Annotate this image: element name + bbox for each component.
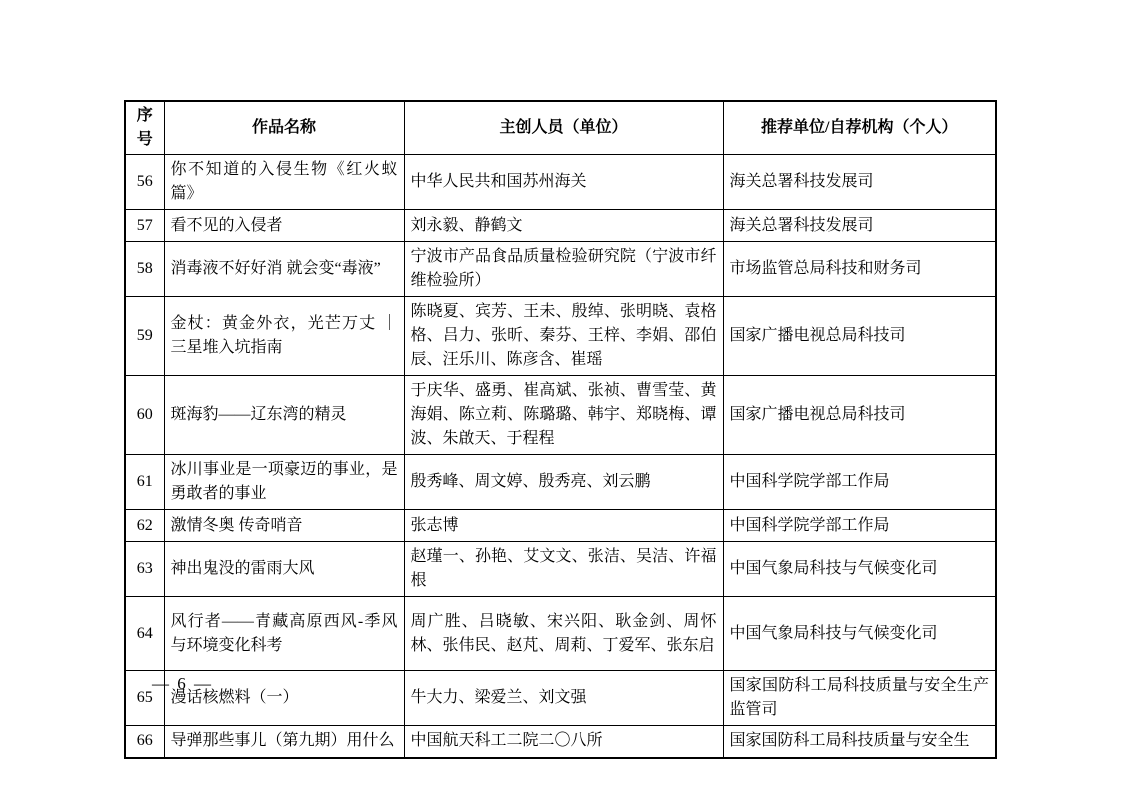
header-cell-title: 作品名称 (164, 101, 404, 155)
cell-title: 你不知道的入侵生物《红火蚁篇》 (164, 155, 404, 210)
cell-recommender: 市场监管总局科技和财务司 (723, 242, 996, 297)
cell-title: 冰川事业是一项豪迈的事业，是勇敢者的事业 (164, 455, 404, 510)
table-row: 64 风行者——青藏高原西风-季风与环境变化科考 周广胜、吕晓敏、宋兴阳、耿金剑… (125, 597, 996, 671)
table-row: 66 导弹那些事儿（第九期）用什么 中国航天科工二院二〇八所 国家国防科工局科技… (125, 726, 996, 758)
table-row: 61 冰川事业是一项豪迈的事业，是勇敢者的事业 殷秀峰、周文婷、殷秀亮、刘云鹏 … (125, 455, 996, 510)
cell-title: 神出鬼没的雷雨大风 (164, 542, 404, 597)
table-row: 63 神出鬼没的雷雨大风 赵瑾一、孙艳、艾文文、张洁、吴洁、许福根 中国气象局科… (125, 542, 996, 597)
table-row: 59 金杖：黄金外衣，光芒万丈 ｜ 三星堆入坑指南 陈晓夏、宾芳、王未、殷绰、张… (125, 297, 996, 376)
cell-creators: 张志博 (404, 510, 723, 542)
cell-title: 消毒液不好好消 就会变“毒液” (164, 242, 404, 297)
table-row: 58 消毒液不好好消 就会变“毒液” 宁波市产品食品质量检验研究院（宁波市纤维检… (125, 242, 996, 297)
cell-no: 60 (125, 376, 164, 455)
cell-creators: 于庆华、盛勇、崔高斌、张祯、曹雪莹、黄海娟、陈立莉、陈璐璐、韩宇、郑晓梅、谭波、… (404, 376, 723, 455)
table-row: 57 看不见的入侵者 刘永毅、静鹤文 海关总署科技发展司 (125, 210, 996, 242)
cell-title: 金杖：黄金外衣，光芒万丈 ｜ 三星堆入坑指南 (164, 297, 404, 376)
cell-recommender: 海关总署科技发展司 (723, 210, 996, 242)
cell-recommender: 国家国防科工局科技质量与安全生 (723, 726, 996, 758)
cell-creators: 中华人民共和国苏州海关 (404, 155, 723, 210)
table-row: 56 你不知道的入侵生物《红火蚁篇》 中华人民共和国苏州海关 海关总署科技发展司 (125, 155, 996, 210)
header-cell-no: 序号 (125, 101, 164, 155)
cell-title: 看不见的入侵者 (164, 210, 404, 242)
header-cell-creators: 主创人员（单位） (404, 101, 723, 155)
cell-creators: 牛大力、梁爱兰、刘文强 (404, 671, 723, 726)
cell-recommender: 中国科学院学部工作局 (723, 455, 996, 510)
cell-creators: 殷秀峰、周文婷、殷秀亮、刘云鹏 (404, 455, 723, 510)
cell-no: 61 (125, 455, 164, 510)
cell-no: 63 (125, 542, 164, 597)
cell-title: 导弹那些事儿（第九期）用什么 (164, 726, 404, 758)
cell-no: 58 (125, 242, 164, 297)
header-cell-recommender: 推荐单位/自荐机构（个人） (723, 101, 996, 155)
cell-no: 57 (125, 210, 164, 242)
table-row: 65 漫话核燃料（一） 牛大力、梁爱兰、刘文强 国家国防科工局科技质量与安全生产… (125, 671, 996, 726)
cell-creators: 宁波市产品食品质量检验研究院（宁波市纤维检验所） (404, 242, 723, 297)
cell-creators: 赵瑾一、孙艳、艾文文、张洁、吴洁、许福根 (404, 542, 723, 597)
document-page: 序号 作品名称 主创人员（单位） 推荐单位/自荐机构（个人） 56 你不知道的入… (0, 0, 1122, 793)
cell-title: 斑海豹——辽东湾的精灵 (164, 376, 404, 455)
cell-recommender: 国家广播电视总局科技司 (723, 297, 996, 376)
cell-no: 56 (125, 155, 164, 210)
cell-no: 62 (125, 510, 164, 542)
cell-creators: 刘永毅、静鹤文 (404, 210, 723, 242)
cell-creators: 中国航天科工二院二〇八所 (404, 726, 723, 758)
works-table: 序号 作品名称 主创人员（单位） 推荐单位/自荐机构（个人） 56 你不知道的入… (124, 100, 997, 759)
cell-no: 64 (125, 597, 164, 671)
cell-recommender: 海关总署科技发展司 (723, 155, 996, 210)
table-row: 62 激情冬奥 传奇哨音 张志博 中国科学院学部工作局 (125, 510, 996, 542)
cell-creators: 陈晓夏、宾芳、王未、殷绰、张明晓、袁格格、吕力、张昕、秦芬、王梓、李娟、邵伯辰、… (404, 297, 723, 376)
cell-no: 59 (125, 297, 164, 376)
cell-recommender: 国家广播电视总局科技司 (723, 376, 996, 455)
cell-recommender: 中国科学院学部工作局 (723, 510, 996, 542)
cell-recommender: 中国气象局科技与气候变化司 (723, 597, 996, 671)
cell-title: 风行者——青藏高原西风-季风与环境变化科考 (164, 597, 404, 671)
table-row: 60 斑海豹——辽东湾的精灵 于庆华、盛勇、崔高斌、张祯、曹雪莹、黄海娟、陈立莉… (125, 376, 996, 455)
cell-recommender: 国家国防科工局科技质量与安全生产监管司 (723, 671, 996, 726)
cell-title: 激情冬奥 传奇哨音 (164, 510, 404, 542)
cell-creators: 周广胜、吕晓敏、宋兴阳、耿金剑、周怀林、张伟民、赵芃、周莉、丁爱军、张东启 (404, 597, 723, 671)
page-number: — 6 — (152, 674, 213, 694)
cell-no: 66 (125, 726, 164, 758)
table-header-row: 序号 作品名称 主创人员（单位） 推荐单位/自荐机构（个人） (125, 101, 996, 155)
cell-recommender: 中国气象局科技与气候变化司 (723, 542, 996, 597)
